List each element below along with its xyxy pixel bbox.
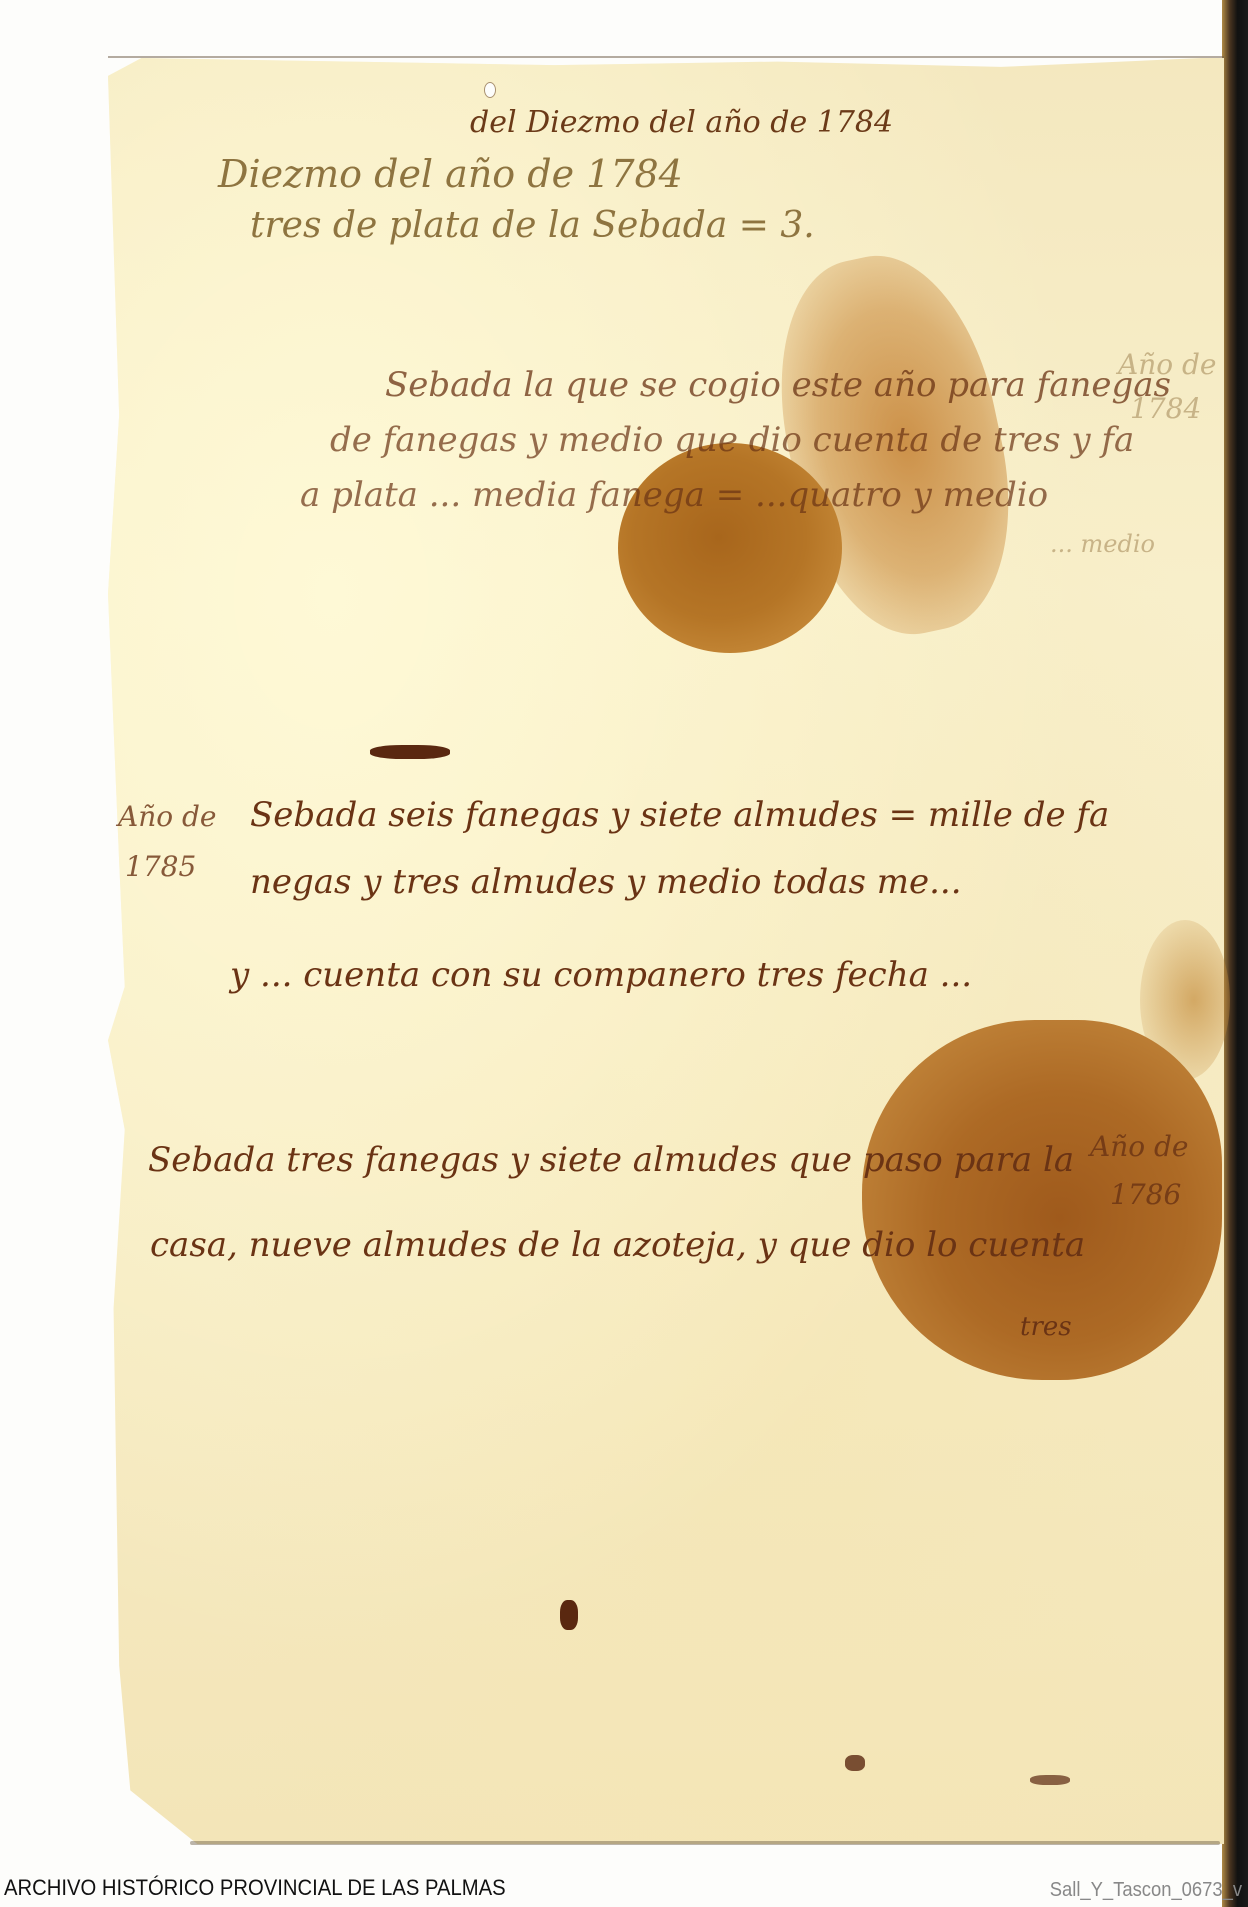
entry-1-line-2: de fanegas y medio que dio cuenta de tre… <box>330 420 1134 460</box>
entry-3-line-2: casa, nueve almudes de la azoteja, y que… <box>150 1225 1085 1265</box>
ink-mark <box>560 1600 578 1630</box>
punch-hole <box>484 82 496 98</box>
entry-1-line-1: Sebada la que se cogio este año para fan… <box>385 365 1171 405</box>
page-bottom-edge <box>190 1841 1220 1845</box>
entry-3-margin-year: 1786 <box>1110 1178 1181 1211</box>
ink-mark <box>845 1755 865 1771</box>
manuscript-page <box>108 58 1224 1844</box>
header-top-note: del Diezmo del año de 1784 <box>470 105 893 140</box>
entry-2-margin-year: 1785 <box>125 850 196 883</box>
page-top-edge <box>108 56 1224 58</box>
entry-1-line-4: ... medio <box>1050 530 1155 558</box>
header-title: Diezmo del año de 1784 <box>218 152 683 196</box>
entry-2-line-2: negas y tres almudes y medio todas me... <box>250 862 962 902</box>
entry-3-line-1: Sebada tres fanegas y siete almudes que … <box>148 1140 1074 1180</box>
image-identifier: Sall_Y_Tascon_0673_v <box>1050 1879 1242 1902</box>
entry-3-line-3: tres <box>1020 1312 1072 1342</box>
entry-2-line-3: y ... cuenta con su companero tres fecha… <box>230 955 972 995</box>
book-binding <box>1222 0 1248 1907</box>
ink-mark <box>1030 1775 1070 1785</box>
ink-blot <box>370 745 450 759</box>
entry-2-line-1: Sebada seis fanegas y siete almudes = mi… <box>250 795 1109 835</box>
entry-3-margin-year-label: Año de <box>1090 1130 1189 1163</box>
entry-2-margin-year-label: Año de <box>118 800 217 833</box>
entry-1-line-3: a plata ... media fanega = ...quatro y m… <box>300 475 1048 515</box>
archive-name: ARCHIVO HISTÓRICO PROVINCIAL DE LAS PALM… <box>4 1875 506 1901</box>
header-subtitle: tres de plata de la Sebada = 3. <box>250 205 815 246</box>
